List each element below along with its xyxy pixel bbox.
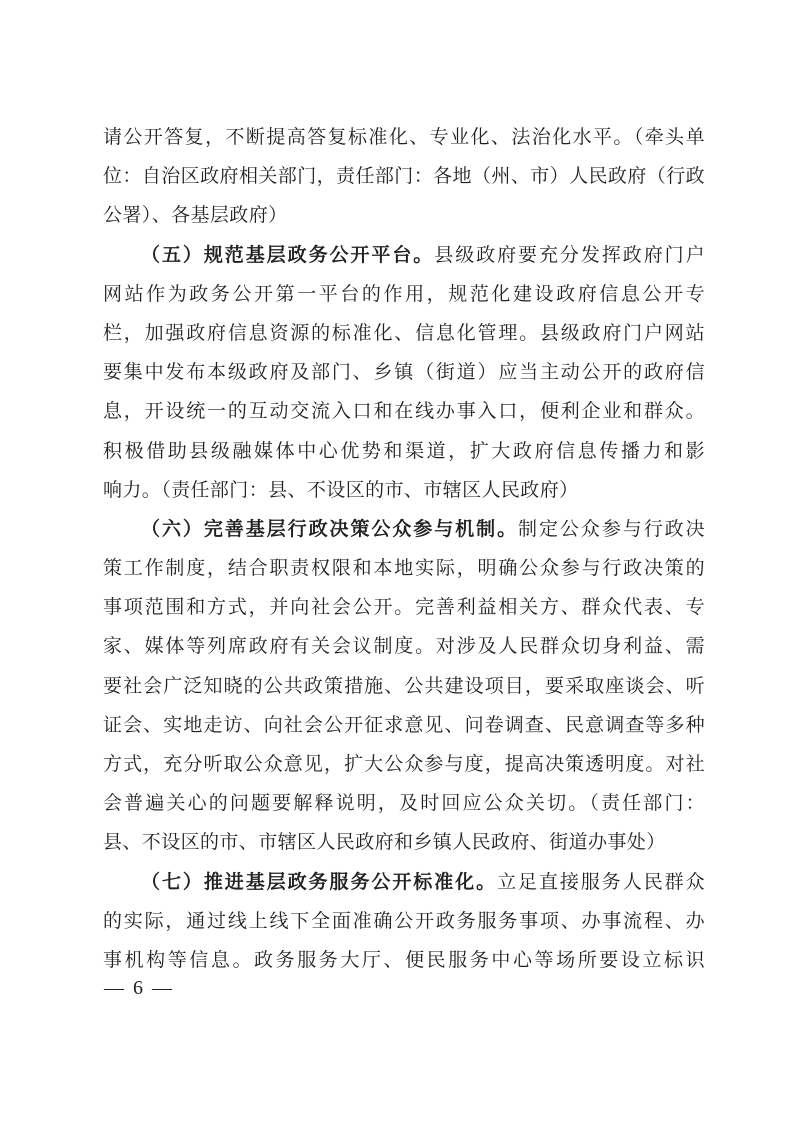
body-text: 栏，加强政府信息资源的标准化、信息化管理。县级政府门户网站 [103,323,705,344]
text-line: （六）完善基层行政决策公众参与机制。制定公众参与行政决 [103,510,705,549]
text-line: 积极借助县级融媒体中心优势和渠道，扩大政府信息传播力和影 [103,432,705,471]
body-text: 立足直接服务人民群众 [497,872,705,893]
text-line: 家、媒体等列席政府有关会议制度。对涉及人民群众切身利益、需 [103,627,705,666]
text-line: 要社会广泛知晓的公共政策措施、公共建设项目，要采取座谈会、听 [103,667,705,706]
section-heading: （五）规范基层政务公开平台。 [141,245,434,266]
text-line: 会普遍关心的问题要解释说明，及时回应公众关切。（责任部门： [103,784,705,823]
text-line: （五）规范基层政务公开平台。县级政府要充分发挥政府门户 [103,236,705,275]
text-line: （七）推进基层政务服务公开标准化。立足直接服务人民群众 [103,863,705,902]
body-text: 息，开设统一的互动交流入口和在线办事入口，便利企业和群众。 [103,401,705,422]
body-text: 位：自治区政府相关部门，责任部门：各地（州、市）人民政府（行政 [103,166,705,187]
body-text: 网站作为政务公开第一平台的作用，规范化建设政府信息公开专 [103,284,705,305]
text-line: 事项范围和方式，并向社会公开。完善利益相关方、群众代表、专 [103,588,705,627]
body-text: 要集中发布本级政府及部门、乡镇（街道）应当主动公开的政府信 [103,362,705,383]
text-line: 的实际，通过线上线下全面准确公开政务服务事项、办事流程、办 [103,902,705,941]
text-line: 栏，加强政府信息资源的标准化、信息化管理。县级政府门户网站 [103,314,705,353]
text-line: 网站作为政务公开第一平台的作用，规范化建设政府信息公开专 [103,275,705,314]
body-text: 策工作制度，结合职责权限和本地实际，明确公众参与行政决策的 [103,558,705,579]
text-line: 要集中发布本级政府及部门、乡镇（街道）应当主动公开的政府信 [103,353,705,392]
body-text: 的实际，通过线上线下全面准确公开政务服务事项、办事流程、办 [103,911,705,932]
body-text: 请公开答复，不断提高答复标准化、专业化、法治化水平。（牵头单 [103,127,705,148]
text-line: 响力。（责任部门：县、不设区的市、市辖区人民政府） [103,471,705,510]
page-number: — 6 — [104,971,174,1005]
body-text: 积极借助县级融媒体中心优势和渠道，扩大政府信息传播力和影 [103,441,705,462]
body-text: 方式，充分听取公众意见，扩大公众参与度，提高决策透明度。对社 [103,754,705,775]
body-text: 制定公众参与行政决 [518,519,705,540]
section-heading: （六）完善基层行政决策公众参与机制。 [141,519,518,540]
body-text: 会普遍关心的问题要解释说明，及时回应公众关切。（责任部门： [103,793,705,814]
body-text: 公署）、各基层政府） [103,205,288,226]
document-page: 请公开答复，不断提高答复标准化、专业化、法治化水平。（牵头单位：自治区政府相关部… [0,0,793,1122]
text-line: 息，开设统一的互动交流入口和在线办事入口，便利企业和群众。 [103,392,705,431]
body-text: 事机构等信息。政务服务大厅、便民服务中心等场所要设立标识 [103,950,705,971]
text-line: 位：自治区政府相关部门，责任部门：各地（州、市）人民政府（行政 [103,157,705,196]
text-line: 公署）、各基层政府） [103,196,705,235]
text-line: 策工作制度，结合职责权限和本地实际，明确公众参与行政决策的 [103,549,705,588]
text-line: 方式，充分听取公众意见，扩大公众参与度，提高决策透明度。对社 [103,745,705,784]
body-text: 证会、实地走访、向社会公开征求意见、问卷调查、民意调查等多种 [103,715,705,736]
text-line: 县、不设区的市、市辖区人民政府和乡镇人民政府、街道办事处） [103,823,705,862]
body-text: 县、不设区的市、市辖区人民政府和乡镇人民政府、街道办事处） [103,832,666,853]
body-text: 县级政府要充分发挥政府门户 [434,245,705,266]
body-text: 要社会广泛知晓的公共政策措施、公共建设项目，要采取座谈会、听 [103,676,705,697]
text-line: 证会、实地走访、向社会公开征求意见、问卷调查、民意调查等多种 [103,706,705,745]
section-heading: （七）推进基层政务服务公开标准化。 [141,872,497,893]
text-line: 请公开答复，不断提高答复标准化、专业化、法治化水平。（牵头单 [103,118,705,157]
body-text: 事项范围和方式，并向社会公开。完善利益相关方、群众代表、专 [103,597,705,618]
body-text: 响力。（责任部门：县、不设区的市、市辖区人民政府） [103,480,579,501]
body-text: 家、媒体等列席政府有关会议制度。对涉及人民群众切身利益、需 [103,636,705,657]
text-line: 事机构等信息。政务服务大厅、便民服务中心等场所要设立标识 [103,941,705,980]
document-body: 请公开答复，不断提高答复标准化、专业化、法治化水平。（牵头单位：自治区政府相关部… [103,118,705,980]
